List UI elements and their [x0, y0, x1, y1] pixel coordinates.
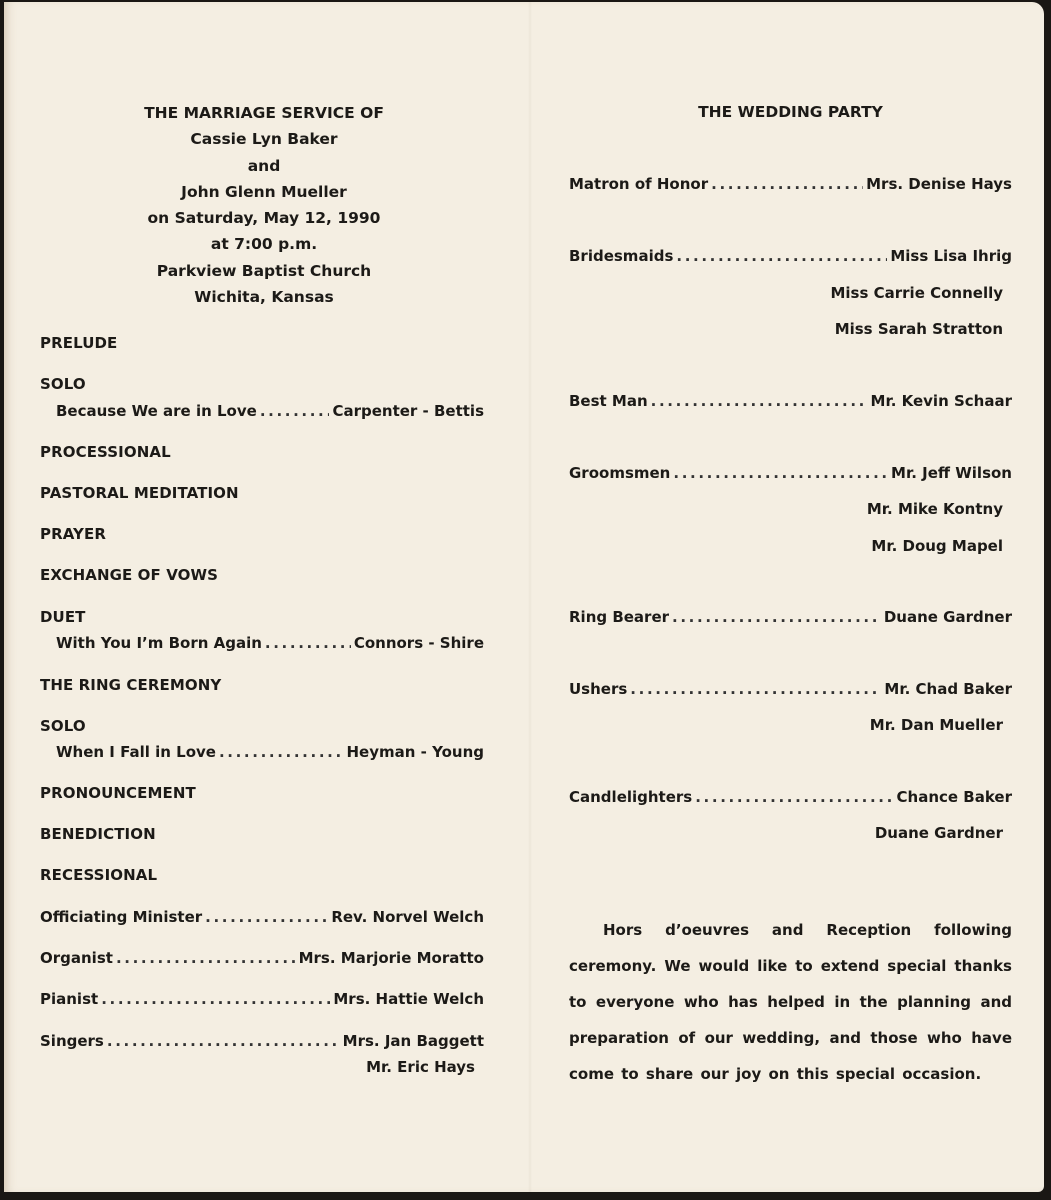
party-groomsmen: Groomsmen Mr. Jeff Wilson	[569, 464, 1012, 482]
role-label: Singers	[40, 1032, 104, 1050]
bride-name: Cassie Lyn Baker	[114, 126, 414, 152]
member-name: Chance Baker	[897, 788, 1012, 806]
participant-name: Mrs. Marjorie Moratto	[299, 949, 484, 967]
member-name: Mr. Kevin Schaar	[871, 392, 1012, 410]
venue-location: Wichita, Kansas	[114, 284, 414, 310]
role-label: Ring Bearer	[569, 608, 669, 626]
service-header: THE MARRIAGE SERVICE OF Cassie Lyn Baker…	[114, 100, 414, 310]
dot-leader	[219, 743, 344, 761]
wedding-party-title: THE WEDDING PARTY	[569, 103, 1012, 121]
dot-leader	[107, 1032, 340, 1050]
service-date: on Saturday, May 12, 1990	[114, 205, 414, 231]
song-title: Because We are in Love	[56, 402, 257, 420]
member-name-extra: Mr. Doug Mapel	[871, 537, 1003, 555]
order-item-processional: PROCESSIONAL	[40, 443, 171, 461]
order-item-pastoral-meditation: PASTORAL MEDITATION	[40, 484, 239, 502]
participant-name: Mrs. Hattie Welch	[333, 990, 484, 1008]
dot-leader	[672, 608, 881, 626]
participant-singers: Singers Mrs. Jan Baggett	[40, 1032, 484, 1050]
program-paper: THE MARRIAGE SERVICE OF Cassie Lyn Baker…	[4, 2, 1044, 1192]
member-name-extra: Miss Carrie Connelly	[830, 284, 1003, 302]
party-matron-of-honor: Matron of Honor Mrs. Denise Hays	[569, 175, 1012, 193]
member-name-extra: Mr. Mike Kontny	[867, 500, 1003, 518]
dot-leader	[630, 680, 881, 698]
role-label: Best Man	[569, 392, 648, 410]
solo-2-song-row: When I Fall in Love Heyman - Young	[56, 743, 484, 761]
member-name-extra: Duane Gardner	[875, 824, 1003, 842]
participant-pianist: Pianist Mrs. Hattie Welch	[40, 990, 484, 1008]
party-ring-bearer: Ring Bearer Duane Gardner	[569, 608, 1012, 626]
member-name: Mrs. Denise Hays	[866, 175, 1012, 193]
dot-leader	[651, 392, 868, 410]
dot-leader	[711, 175, 863, 193]
dot-leader	[101, 990, 330, 1008]
dot-leader	[260, 402, 330, 420]
participant-officiating-minister: Officiating Minister Rev. Norvel Welch	[40, 908, 484, 926]
solo-1-song-row: Because We are in Love Carpenter - Betti…	[56, 402, 484, 420]
order-item-duet: DUET	[40, 608, 86, 626]
party-best-man: Best Man Mr. Kevin Schaar	[569, 392, 1012, 410]
participant-name-extra: Mr. Eric Hays	[366, 1058, 475, 1076]
order-item-prelude: PRELUDE	[40, 334, 117, 352]
member-name: Miss Lisa Ihrig	[890, 247, 1012, 265]
party-candlelighters: Candlelighters Chance Baker	[569, 788, 1012, 806]
role-label: Bridesmaids	[569, 247, 673, 265]
party-bridesmaids: Bridesmaids Miss Lisa Ihrig	[569, 247, 1012, 265]
member-name: Duane Gardner	[884, 608, 1012, 626]
party-ushers: Ushers Mr. Chad Baker	[569, 680, 1012, 698]
role-label: Organist	[40, 949, 113, 967]
song-title: With You I’m Born Again	[56, 634, 262, 652]
closing-paragraph: Hors d’oeuvres and Reception following c…	[569, 912, 1012, 1092]
role-label: Pianist	[40, 990, 98, 1008]
dot-leader	[695, 788, 893, 806]
song-composer: Carpenter - Bettis	[332, 402, 484, 420]
order-item-benediction: BENEDICTION	[40, 825, 156, 843]
order-item-exchange-of-vows: EXCHANGE OF VOWS	[40, 566, 218, 584]
groom-name: John Glenn Mueller	[114, 179, 414, 205]
role-label: Officiating Minister	[40, 908, 202, 926]
and-text: and	[114, 153, 414, 179]
member-name-extra: Mr. Dan Mueller	[870, 716, 1003, 734]
dot-leader	[673, 464, 888, 482]
member-name: Mr. Chad Baker	[884, 680, 1012, 698]
participant-name: Mrs. Jan Baggett	[343, 1032, 484, 1050]
service-title: THE MARRIAGE SERVICE OF	[114, 100, 414, 126]
order-item-prayer: PRAYER	[40, 525, 106, 543]
participant-name: Rev. Norvel Welch	[331, 908, 484, 926]
song-title: When I Fall in Love	[56, 743, 216, 761]
member-name-extra: Miss Sarah Stratton	[835, 320, 1003, 338]
duet-song-row: With You I’m Born Again Connors - Shire	[56, 634, 484, 652]
order-item-ring-ceremony: THE RING CEREMONY	[40, 676, 221, 694]
role-label: Candlelighters	[569, 788, 692, 806]
participant-organist: Organist Mrs. Marjorie Moratto	[40, 949, 484, 967]
dot-leader	[116, 949, 296, 967]
song-composer: Heyman - Young	[347, 743, 485, 761]
dot-leader	[676, 247, 887, 265]
order-item-solo-2: SOLO	[40, 717, 86, 735]
role-label: Ushers	[569, 680, 627, 698]
role-label: Groomsmen	[569, 464, 670, 482]
service-time: at 7:00 p.m.	[114, 231, 414, 257]
member-name: Mr. Jeff Wilson	[891, 464, 1012, 482]
song-composer: Connors - Shire	[354, 634, 484, 652]
order-item-solo-1: SOLO	[40, 375, 86, 393]
role-label: Matron of Honor	[569, 175, 708, 193]
center-fold	[528, 2, 532, 1192]
dot-leader	[265, 634, 351, 652]
venue-name: Parkview Baptist Church	[114, 258, 414, 284]
order-item-pronouncement: PRONOUNCEMENT	[40, 784, 196, 802]
order-item-recessional: RECESSIONAL	[40, 866, 157, 884]
dot-leader	[205, 908, 328, 926]
